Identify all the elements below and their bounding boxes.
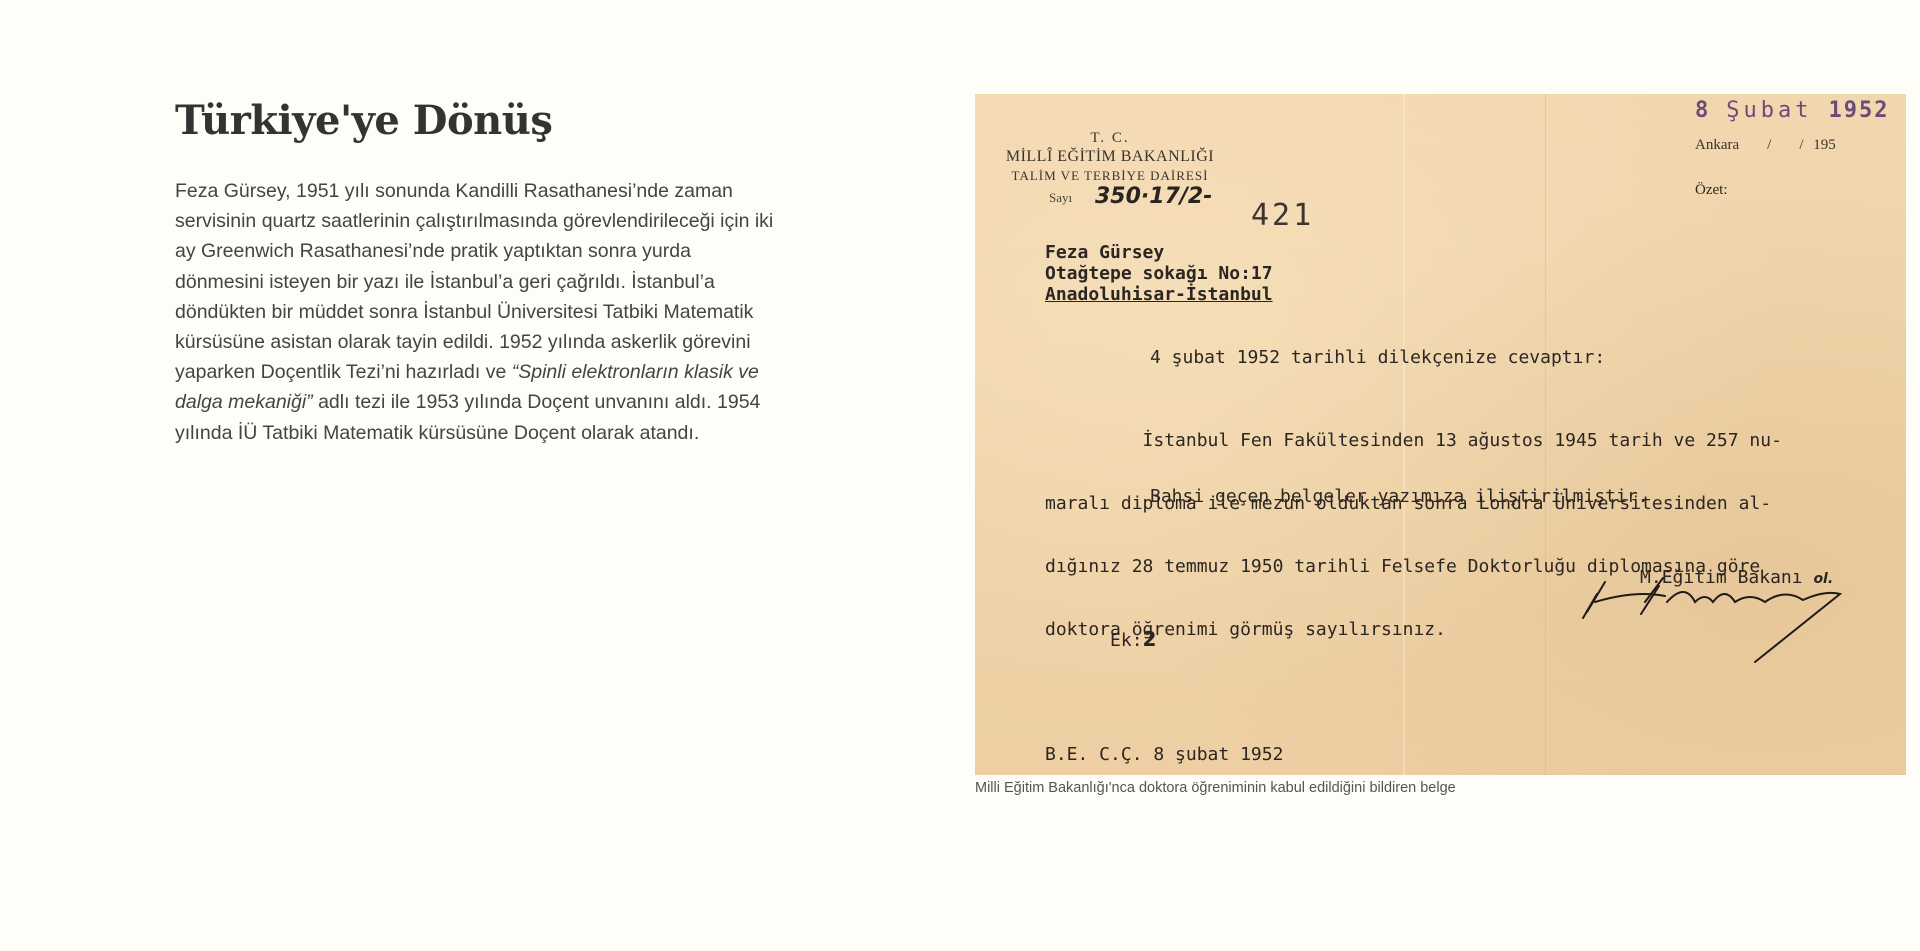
stamp-month: Şubat — [1726, 98, 1812, 123]
article-section: Türkiye'ye Dönüş Feza Gürsey, 1951 yılı … — [175, 96, 775, 448]
addressee-block: Feza Gürsey Otağtepe sokağı No:17 Anadol… — [1045, 242, 1273, 305]
signature-icon: H. Kalkavan — [1575, 572, 1855, 672]
place-date: Ankara// 195 — [1695, 137, 1836, 154]
letterhead-tc: T. C. — [975, 130, 1245, 147]
stamp-year: 1952 — [1828, 98, 1889, 123]
paragraph-part-1: Feza Gürsey, 1951 yılı sonunda Kandilli … — [175, 180, 773, 383]
place-date-slash: / — [1767, 137, 1771, 153]
enclosure-count: 2 — [1143, 627, 1157, 651]
footer-reference: B.E. C.Ç. 8 şubat 1952 — [1045, 744, 1283, 765]
stamp-day: 8 — [1695, 98, 1710, 123]
place-year: / 195 — [1799, 137, 1835, 153]
figure-caption: Milli Eğitim Bakanlığı'nca doktora öğren… — [975, 778, 1906, 798]
scanned-letter-image: T. C. MİLLÎ EĞİTİM BAKANLIĞI TALİM VE TE… — [975, 94, 1906, 775]
addressee-street: Otağtepe sokağı No:17 — [1045, 263, 1273, 284]
reply-line: 4 şubat 1952 tarihli dilekçenize cevaptı… — [1150, 347, 1605, 368]
letterhead: T. C. MİLLÎ EĞİTİM BAKANLIĞI TALİM VE TE… — [975, 130, 1245, 184]
attachments-line: Bahsi geçen belgeler yazımıza iliştirilm… — [1150, 486, 1649, 507]
letterhead-department: TALİM VE TERBİYE DAİRESİ — [975, 168, 1245, 184]
place-label: Ankara — [1695, 137, 1739, 153]
enclosure: Ek:2 — [1045, 608, 1156, 672]
sayi-number: 350·17/2- — [1095, 184, 1212, 209]
register-number: 421 — [1251, 198, 1314, 233]
enclosure-label: Ek: — [1110, 630, 1143, 651]
body-line: İstanbul Fen Fakültesinden 13 ağustos 19… — [1045, 430, 1782, 451]
date-stamp: 8Şubat1952 — [1695, 98, 1889, 123]
sayi-label: Sayı — [1049, 190, 1072, 206]
document-figure: T. C. MİLLÎ EĞİTİM BAKANLIĞI TALİM VE TE… — [975, 94, 1906, 798]
addressee-name: Feza Gürsey — [1045, 242, 1273, 263]
addressee-city: Anadoluhisar-İstanbul — [1045, 284, 1273, 305]
section-title: Türkiye'ye Dönüş — [175, 96, 775, 146]
section-paragraph: Feza Gürsey, 1951 yılı sonunda Kandilli … — [175, 176, 775, 448]
summary-label: Özet: — [1695, 182, 1727, 199]
letterhead-ministry: MİLLÎ EĞİTİM BAKANLIĞI — [975, 148, 1245, 166]
